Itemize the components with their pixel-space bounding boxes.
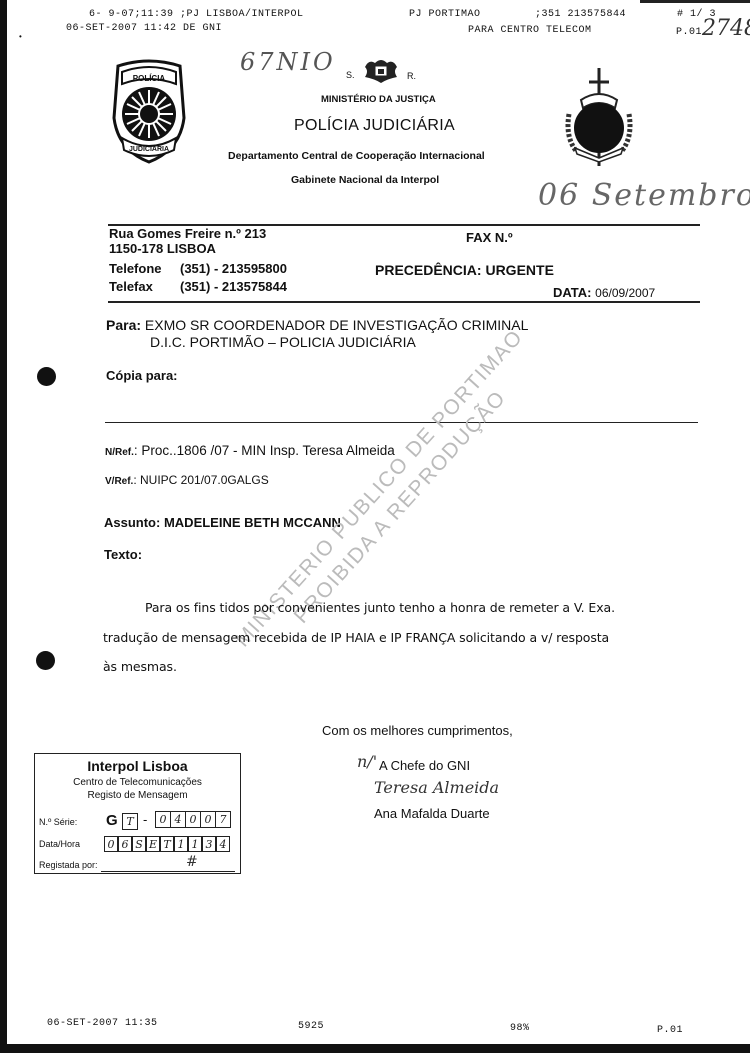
datetime-box: E: [146, 836, 160, 852]
fax-number-label: FAX N.º: [466, 230, 513, 245]
text-label: Texto:: [104, 547, 142, 562]
datetime-box: 3: [202, 836, 216, 852]
subject-line: Assunto: MADELEINE BETH MCCANN: [104, 515, 341, 530]
footer-percent: 98%: [510, 1023, 530, 1034]
signatory-role: A Chefe do GNI: [379, 758, 470, 773]
telefax-value: (351) - 213575844: [180, 279, 287, 294]
datetime-label: Data/Hora: [39, 839, 80, 849]
organization-title: POLÍCIA JUDICIÁRIA: [294, 117, 455, 135]
datetime-box: 1: [174, 836, 188, 852]
punch-hole: [37, 367, 56, 386]
datetime-box: S: [132, 836, 146, 852]
fax-header-line2-mid: PARA CENTRO TELECOM: [468, 25, 592, 36]
registration-stamp: Interpol Lisboa Centro de Telecomunicaçõ…: [34, 753, 241, 874]
datetime-box: 0: [104, 836, 118, 852]
date-field: DATA: 06/09/2007: [553, 285, 655, 300]
serial-label: N.º Série:: [39, 817, 77, 827]
scan-edge-bottom: [0, 1044, 750, 1053]
datetime-box: T: [160, 836, 174, 852]
divider: [108, 301, 700, 303]
crest-letter-left: S.: [346, 70, 355, 80]
sender-city: 1150-178 LISBOA: [109, 241, 216, 256]
registered-by-label: Registada por:: [39, 860, 98, 870]
serial-box: T: [122, 813, 138, 830]
serial-box: 0: [155, 811, 171, 828]
footer-code: 5925: [298, 1021, 324, 1032]
handwritten-annotation: 67NIO: [240, 48, 336, 76]
divider: [105, 422, 698, 423]
telefax-label: Telefax: [109, 279, 153, 294]
to-value-line1: EXMO SR COORDENADOR DE INVESTIGAÇÃO CRIM…: [145, 317, 529, 333]
serial-prefix: G: [106, 812, 118, 829]
sender-street: Rua Gomes Freire n.º 213: [109, 226, 266, 241]
scan-dot: •: [19, 32, 22, 41]
our-reference: N/Ref.: Proc..1806 /07 - MIN Insp. Teres…: [105, 442, 395, 460]
your-ref-label: V/Ref.: [105, 476, 133, 487]
serial-box: 0: [200, 811, 216, 828]
interpol-emblem-icon: [563, 68, 635, 168]
footer-timestamp: 06-SET-2007 11:35: [47, 1018, 158, 1029]
datetime-box: 6: [118, 836, 132, 852]
datetime-box: 1: [188, 836, 202, 852]
subject-value: MADELEINE BETH MCCANN: [164, 515, 341, 530]
signature: Teresa Almeida: [374, 778, 499, 797]
date-value: 06/09/2007: [595, 286, 655, 300]
serial-box: 0: [185, 811, 201, 828]
to-label: Para:: [106, 317, 141, 333]
republic-crest-icon: [363, 57, 399, 83]
department-label: Departamento Central de Cooperação Inter…: [228, 150, 485, 162]
datetime-box: 4: [216, 836, 230, 852]
footer-page: P.01: [657, 1025, 683, 1036]
body-line2: tradução de mensagem recebida de IP HAIA…: [103, 630, 609, 645]
punch-hole: [36, 651, 55, 670]
to-value-line2: D.I.C. PORTIMÃO – POLICIA JUDICIÁRIA: [150, 334, 416, 350]
registered-by-line: [101, 871, 235, 872]
fax-header-phone: ;351 213575844: [535, 9, 626, 20]
scan-edge-top: [640, 0, 750, 3]
our-ref-label: N/Ref.: [105, 447, 134, 458]
crest-letter-right: R.: [407, 71, 416, 81]
svg-text:POLÍCIA: POLÍCIA: [133, 74, 166, 83]
phone-label: Telefone: [109, 261, 162, 276]
subject-label: Assunto:: [104, 515, 160, 530]
recipient-line1: Para: EXMO SR COORDENADOR DE INVESTIGAÇÃ…: [106, 317, 528, 333]
serial-dash: -: [143, 812, 147, 827]
stamp-subtitle2: Registo de Mensagem: [35, 790, 240, 801]
handwritten-initials: n/': [357, 752, 377, 771]
stamp-subtitle1: Centro de Telecomunicações: [35, 777, 240, 788]
fax-header-line1-mid: PJ PORTIMAO: [409, 9, 481, 20]
serial-box: 4: [170, 811, 186, 828]
your-reference: V/Ref.: NUIPC 201/07.0GALGS: [105, 471, 269, 489]
office-label: Gabinete Nacional da Interpol: [291, 174, 439, 186]
ministry-label: MINISTÉRIO DA JUSTIÇA: [321, 94, 436, 105]
scan-edge-left: [0, 0, 7, 1053]
serial-box: 7: [215, 811, 231, 828]
phone-value: (351) - 213595800: [180, 261, 287, 276]
precedence-label: PRECEDÊNCIA: URGENTE: [375, 262, 554, 278]
policia-judiciaria-badge-icon: POLÍCIA JUDICIÁRIA: [110, 58, 188, 164]
fax-header-line2-left: 06-SET-2007 11:42 DE GNI: [66, 23, 222, 34]
handwritten-page-number: 2748: [702, 16, 750, 41]
closing-regards: Com os melhores cumprimentos,: [322, 723, 513, 738]
body-line1: Para os fins tidos por convenientes junt…: [145, 600, 615, 615]
copy-to-label: Cópia para:: [106, 368, 178, 383]
fax-header-line1-left: 6- 9-07;11:39 ;PJ LISBOA/INTERPOL: [89, 9, 304, 20]
registered-by-mark: #: [186, 854, 198, 870]
fax-header-page: P.01: [676, 27, 702, 38]
our-ref-value: : Proc..1806 /07 - MIN Insp. Teresa Alme…: [134, 443, 395, 458]
date-label: DATA:: [553, 285, 592, 300]
stamp-title: Interpol Lisboa: [35, 758, 240, 774]
signatory-name: Ana Mafalda Duarte: [374, 806, 490, 821]
body-line3: às mesmas.: [103, 659, 177, 674]
your-ref-value: : NUIPC 201/07.0GALGS: [133, 473, 268, 487]
svg-text:JUDICIÁRIA: JUDICIÁRIA: [129, 144, 169, 153]
handwritten-date: 06 Setembro: [538, 178, 750, 213]
